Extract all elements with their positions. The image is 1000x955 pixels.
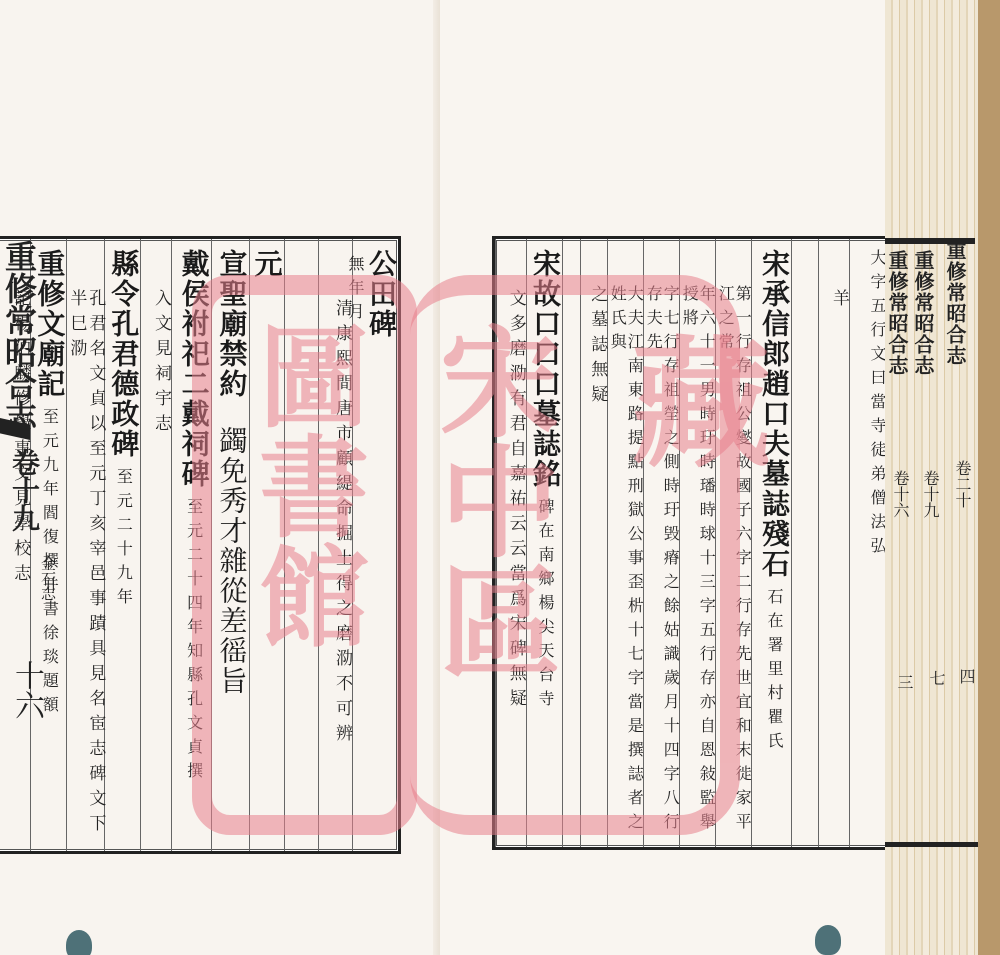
left-page: 公田碑 無年月 清康熙間唐市顧緹命掘土得之磨泐不可辨 元 宣聖廟禁約 蠲免秀才雜… bbox=[0, 0, 440, 955]
page-number: 十六 bbox=[4, 660, 48, 720]
entry-song-epitaph: 宋故口口口墓誌銘 碑在南鄉楊尖天台寺 bbox=[526, 239, 562, 847]
book-cover-edge bbox=[978, 0, 1000, 955]
period-label: 元 bbox=[251, 249, 284, 279]
edge-page-mark: 四 bbox=[955, 668, 978, 684]
note-text: 第一行存祖公燮故國子六字二行存先世宜和末徙家平江之常 bbox=[717, 249, 751, 847]
left-column-grid: 公田碑 無年月 清康熙間唐市顧緹命掘土得之磨泐不可辨 元 宣聖廟禁約 蠲免秀才雜… bbox=[0, 239, 398, 851]
entry-gongtian-stele: 公田碑 無年月 bbox=[352, 239, 398, 851]
commentary-text: 文多磨泐有君自嘉祐云云當爲宋碑無疑 bbox=[506, 249, 525, 714]
edge-page-mark: 七 bbox=[925, 670, 948, 686]
entry-kong-stele: 縣令孔君德政碑 至元二十九年 bbox=[104, 239, 140, 851]
book-title: 重修常昭合志 bbox=[2, 240, 36, 432]
commentary-column: 之墓誌無疑 bbox=[580, 239, 607, 847]
entry-note: 至元二十四年知縣孔文貞撰 bbox=[186, 498, 203, 786]
entry-title: 宋故口口口墓誌銘 bbox=[529, 249, 562, 489]
edge-book-title: 重修常昭合志 bbox=[945, 240, 965, 366]
entry-title: 宋承信郎趙口夫墓誌殘石 bbox=[758, 249, 791, 579]
note-column: 第一行存祖公燮故國子六字二行存先世宜和末徙家平江之常 bbox=[715, 239, 751, 847]
edge-page-mark: 三 bbox=[893, 674, 916, 690]
left-page-frame: 公田碑 無年月 清康熙間唐市顧緹命掘土得之磨泐不可辨 元 宣聖廟禁約 蠲免秀才雜… bbox=[0, 236, 401, 854]
note-text: 大夫江南東路提點刑獄公事歪㭊十七字當是撰誌者之姓氏與 bbox=[609, 249, 643, 847]
note-column: 字七行存祖塋之側時玗毁瘠之餘姑識歲月十四字八行存夫先 bbox=[643, 239, 679, 847]
note-text: 年六十一男時玗時璠時球十三字五行存亦自恩敍監舉授將 bbox=[681, 249, 715, 847]
edge-book-title: 重修常昭合志 bbox=[887, 250, 907, 376]
entry-xuansheng-temple: 宣聖廟禁約 蠲免秀才雜從差徭旨 bbox=[211, 239, 249, 851]
section-label: 金石志 bbox=[38, 556, 59, 601]
note-column: 大字五行文曰當寺徒弟僧法弘 bbox=[849, 239, 887, 847]
note-column: 年六十一男時玗時璠時球十三字五行存亦自恩敍監舉授將 bbox=[679, 239, 715, 847]
commentary-text: 之墓誌無疑 bbox=[587, 249, 606, 410]
entry-note: 碑在南鄉楊尖天台寺 bbox=[537, 498, 554, 714]
commentary-column: 孔君名文貞以至元丁亥宰邑事蹟具見名宦志碑文下半巳泐 bbox=[66, 239, 104, 851]
note-text: 大字五行文曰當寺徒弟僧法弘 bbox=[869, 249, 886, 561]
commentary-column: 清康熙間唐市顧緹命掘土得之磨泐不可辨 bbox=[318, 239, 352, 851]
edge-volume-label: 卷十九 bbox=[919, 470, 942, 518]
ink-stain bbox=[815, 925, 841, 955]
edge-volume-label: 卷十六 bbox=[889, 470, 912, 518]
entry-note: 石在署里村瞿氏 bbox=[766, 588, 783, 756]
blank-column bbox=[791, 239, 818, 847]
commentary-text: 入文見祠宇志 bbox=[151, 249, 170, 439]
blank-column bbox=[562, 239, 580, 847]
edge-volume-label: 卷二十 bbox=[951, 460, 974, 508]
entry-zhao-epitaph: 宋承信郎趙口夫墓誌殘石 石在署里村瞿氏 bbox=[751, 239, 791, 847]
right-column-grid: 大字五行文曰當寺徒弟僧法弘 羊 宋承信郎趙口夫墓誌殘石 石在署里村瞿氏 第一行存… bbox=[495, 239, 887, 847]
edge-book-title: 重修常昭合志 bbox=[913, 250, 933, 376]
commentary-column: 文多磨泐有君自嘉祐云云當爲宋碑無疑 bbox=[495, 239, 526, 847]
entry-title: 公田碑 bbox=[365, 249, 398, 339]
entry-body: 蠲免秀才雜從差徭旨 bbox=[216, 426, 249, 696]
commentary-column: 羊 bbox=[818, 239, 849, 847]
right-page: 大字五行文曰當寺徒弟僧法弘 羊 宋承信郎趙口夫墓誌殘石 石在署里村瞿氏 第一行存… bbox=[440, 0, 885, 955]
entry-note: 至元二十九年 bbox=[115, 468, 132, 612]
commentary-text: 羊 bbox=[829, 249, 848, 314]
entry-title: 重修文廟記 bbox=[33, 249, 66, 399]
period-heading-yuan: 元 bbox=[249, 239, 284, 851]
entry-title: 戴侯祔祀二戴祠碑 bbox=[178, 249, 211, 489]
blank-column bbox=[284, 239, 318, 851]
right-page-frame: 大字五行文曰當寺徒弟僧法弘 羊 宋承信郎趙口夫墓誌殘石 石在署里村瞿氏 第一行存… bbox=[492, 236, 887, 850]
frame-edge-line bbox=[885, 842, 981, 847]
entry-dai-shrine: 戴侯祔祀二戴祠碑 至元二十四年知縣孔文貞撰 bbox=[171, 239, 211, 851]
note-column: 大夫江南東路提點刑獄公事歪㭊十七字當是撰誌者之姓氏與 bbox=[607, 239, 643, 847]
commentary-text: 孔君名文貞以至元丁亥宰邑事蹟具見名宦志碑文下半巳泐 bbox=[66, 249, 104, 851]
note-text: 字七行存祖塋之側時玗毁瘠之餘姑識歲月十四字八行存夫先 bbox=[645, 249, 679, 847]
commentary-text: 清康熙間唐市顧緹命掘土得之磨泐不可辨 bbox=[332, 249, 351, 749]
entry-title: 縣令孔君德政碑 bbox=[107, 249, 140, 459]
entry-title: 宣聖廟禁約 bbox=[216, 249, 249, 399]
commentary-column: 入文見祠宇志 bbox=[140, 239, 171, 851]
volume-label: 卷十九 bbox=[4, 448, 44, 532]
ink-stain bbox=[66, 930, 92, 955]
